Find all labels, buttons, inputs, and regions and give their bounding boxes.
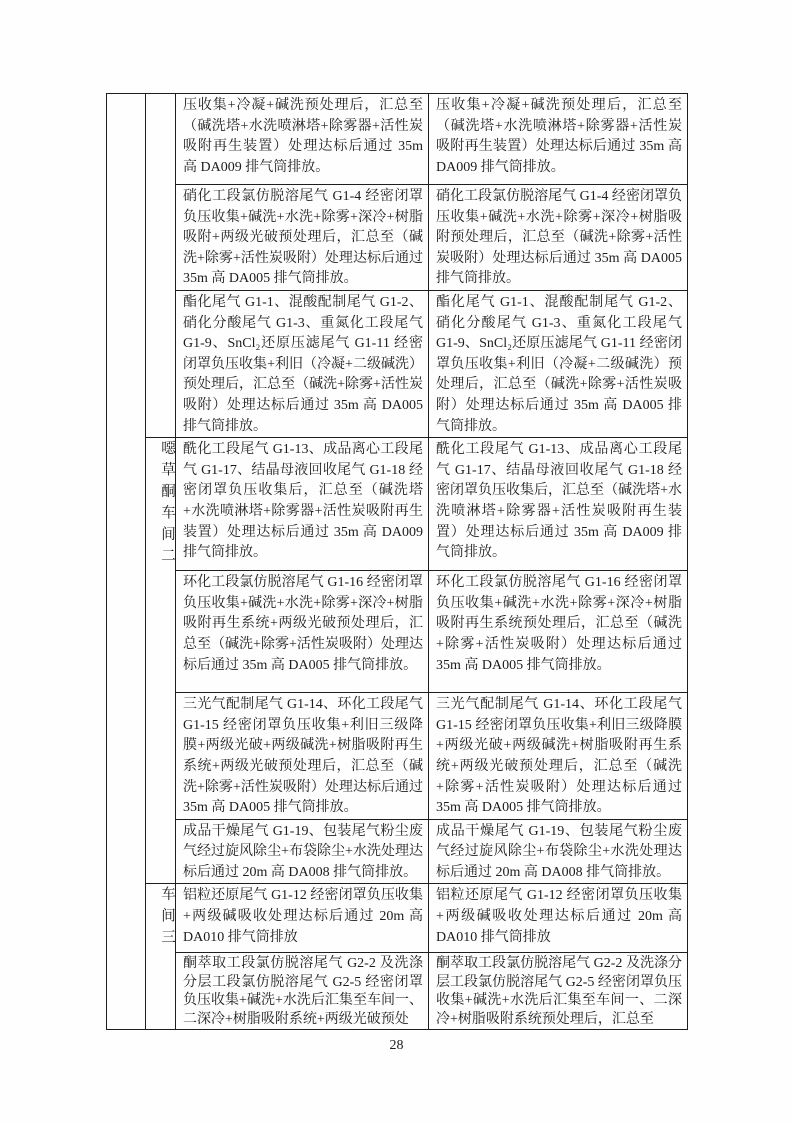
- treatment-text-cell-right: 成品干燥尾气 G1-19、包装尾气粉尘废气经过旋风除尘+布袋除尘+水洗处理达标后…: [429, 819, 688, 884]
- treatment-text-cell-left: 酰化工段尾气 G1-13、成品离心工段尾气 G1-17、结晶母液回收尾气 G1-…: [176, 438, 429, 571]
- treatment-text-cell-right: 酯化尾气 G1-1、混酸配制尾气 G1-2、硝化分酸尾气 G1-3、重氮化工段尾…: [429, 290, 688, 437]
- merged-category-cell: [107, 94, 146, 1030]
- document-page: 压收集+冷凝+碱洗预处理后，汇总至（碱洗塔+水洗喷淋塔+除雾器+活性炭吸附再生装…: [0, 0, 793, 1122]
- treatment-text-cell-right: 环化工段氯仿脱溶尾气 G1-16 经密闭罩负压收集+碱洗+水洗+除雾+深冷+树脂…: [429, 571, 688, 693]
- table-row: 酮萃取工段氯仿脱溶尾气 G2-2 及洗涤分层工段氯仿脱溶尾气 G2-5 经密闭罩…: [107, 953, 688, 1030]
- treatment-text-cell-right: 硝化工段氯仿脱溶尾气 G1-4 经密闭罩负压收集+碱洗+水洗+除雾+深冷+树脂吸…: [429, 185, 688, 291]
- treatment-text-cell-right: 酰化工段尾气 G1-13、成品离心工段尾气 G1-17、结晶母液回收尾气 G1-…: [429, 438, 688, 571]
- treatment-text-cell-right: 压收集+冷凝+碱洗预处理后，汇总至（碱洗塔+水洗喷淋塔+除雾器+活性炭吸附再生装…: [429, 94, 688, 185]
- treatment-text-cell-right: 酮萃取工段氯仿脱溶尾气 G2-2 及洗涤分层工段氯仿脱溶尾气 G2-5 经密闭罩…: [429, 953, 688, 1030]
- treatment-text-cell-left: 压收集+冷凝+碱洗预处理后，汇总至（碱洗塔+水洗喷淋塔+除雾器+活性炭吸附再生装…: [176, 94, 429, 185]
- treatment-text-cell-left: 酮萃取工段氯仿脱溶尾气 G2-2 及洗涤分层工段氯仿脱溶尾气 G2-5 经密闭罩…: [176, 953, 429, 1030]
- table-row: 环化工段氯仿脱溶尾气 G1-16 经密闭罩负压收集+碱洗+水洗+除雾+深冷+树脂…: [107, 571, 688, 693]
- treatment-text-cell-left: 硝化工段氯仿脱溶尾气 G1-4 经密闭罩负压收集+碱洗+水洗+除雾+深冷+树脂吸…: [176, 185, 429, 291]
- treatment-text-cell-left: 成品干燥尾气 G1-19、包装尾气粉尘废气经过旋风除尘+布袋除尘+水洗处理达标后…: [176, 819, 429, 884]
- table-row: 压收集+冷凝+碱洗预处理后，汇总至（碱洗塔+水洗喷淋塔+除雾器+活性炭吸附再生装…: [107, 94, 688, 185]
- page-number: 28: [0, 1038, 793, 1054]
- row-group-label-text: 噁草酮车间二: [153, 440, 176, 569]
- table-row: 车间三 铝粒还原尾气 G1-12 经密闭罩负压收集+两级碱吸收处理达标后通过 2…: [107, 884, 688, 953]
- treatment-text-cell-left: 铝粒还原尾气 G1-12 经密闭罩负压收集+两级碱吸收处理达标后通过 20m 高…: [176, 884, 429, 953]
- row-group-label-workshop2: 噁草酮车间二: [146, 438, 176, 884]
- treatment-text-cell-left: 环化工段氯仿脱溶尾气 G1-16 经密闭罩负压收集+碱洗+水洗+除雾+深冷+树脂…: [176, 571, 429, 693]
- row-group-label-text: 车间三: [153, 886, 176, 951]
- row-group-label-workshop3: 车间三: [146, 884, 176, 1030]
- table-row: 成品干燥尾气 G1-19、包装尾气粉尘废气经过旋风除尘+布袋除尘+水洗处理达标后…: [107, 819, 688, 884]
- treatment-text-cell-right: 三光气配制尾气 G1-14、环化工段尾气 G1-15 经密闭罩负压收集+利旧三级…: [429, 693, 688, 820]
- emission-treatment-table: 压收集+冷凝+碱洗预处理后，汇总至（碱洗塔+水洗喷淋塔+除雾器+活性炭吸附再生装…: [106, 93, 688, 1030]
- row-group-label-continued: [146, 94, 176, 438]
- table-row: 硝化工段氯仿脱溶尾气 G1-4 经密闭罩负压收集+碱洗+水洗+除雾+深冷+树脂吸…: [107, 185, 688, 291]
- table-row: 酯化尾气 G1-1、混酸配制尾气 G1-2、硝化分酸尾气 G1-3、重氮化工段尾…: [107, 290, 688, 437]
- treatment-text-cell-left: 酯化尾气 G1-1、混酸配制尾气 G1-2、硝化分酸尾气 G1-3、重氮化工段尾…: [176, 290, 429, 437]
- table-row: 噁草酮车间二 酰化工段尾气 G1-13、成品离心工段尾气 G1-17、结晶母液回…: [107, 438, 688, 571]
- treatment-text-cell-right: 铝粒还原尾气 G1-12 经密闭罩负压收集+两级碱吸收处理达标后通过 20m 高…: [429, 884, 688, 953]
- table-row: 三光气配制尾气 G1-14、环化工段尾气 G1-15 经密闭罩负压收集+利旧三级…: [107, 693, 688, 820]
- treatment-text-cell-left: 三光气配制尾气 G1-14、环化工段尾气 G1-15 经密闭罩负压收集+利旧三级…: [176, 693, 429, 820]
